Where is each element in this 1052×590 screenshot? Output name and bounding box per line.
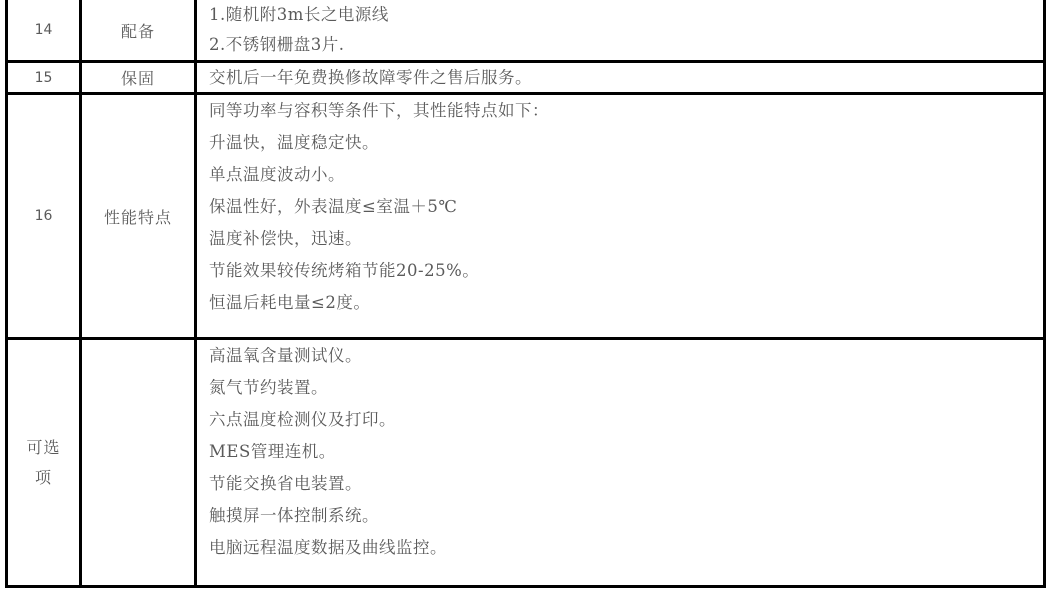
row-16-content: 同等功率与容积等条件下，其性能特点如下： 升温快，温度稳定快。 单点温度波动小。…: [197, 95, 1043, 337]
optional-line-1: 高温氧含量测试仪。: [209, 340, 1043, 372]
table-border-bottom: [5, 585, 1046, 588]
optional-line-4: MES管理连机。: [209, 436, 1043, 468]
row-14-item: 配备: [82, 0, 194, 60]
optional-label-line-1: 可选: [26, 433, 60, 463]
optional-row-label: 可选 项: [8, 340, 79, 585]
optional-row-item: [82, 340, 194, 585]
row-15-number: 15: [8, 63, 79, 92]
optional-line-7: 电脑远程温度数据及曲线监控。: [209, 532, 1043, 564]
row-16-line-2: 升温快，温度稳定快。: [209, 127, 1043, 159]
optional-line-6: 触摸屏一体控制系统。: [209, 500, 1043, 532]
row-16-line-1: 同等功率与容积等条件下，其性能特点如下：: [209, 95, 1043, 127]
row-16-number: 16: [8, 95, 79, 337]
optional-row-content: 高温氧含量测试仪。 氮气节约装置。 六点温度检测仪及打印。 MES管理连机。 节…: [197, 340, 1043, 585]
row-15-item: 保固: [82, 63, 194, 92]
row-15-content: 交机后一年免费换修故障零件之售后服务。: [197, 63, 1043, 92]
row-16-line-5: 温度补偿快，迅速。: [209, 223, 1043, 255]
row-15-line-1: 交机后一年免费换修故障零件之售后服务。: [209, 63, 1043, 92]
row-14-line-2: 2.不锈钢栅盘3片.: [209, 30, 1043, 60]
optional-line-3: 六点温度检测仪及打印。: [209, 404, 1043, 436]
row-16-line-4: 保温性好，外表温度≤室温＋5℃: [209, 191, 1043, 223]
row-16-line-3: 单点温度波动小。: [209, 159, 1043, 191]
row-14-line-1: 1.随机附3m长之电源线: [209, 0, 1043, 30]
row-14-content: 1.随机附3m长之电源线 2.不锈钢栅盘3片.: [197, 0, 1043, 60]
row-16-line-6: 节能效果较传统烤箱节能20-25%。: [209, 255, 1043, 287]
optional-line-2: 氮气节约装置。: [209, 372, 1043, 404]
row-16-item: 性能特点: [82, 95, 194, 337]
optional-line-5: 节能交换省电装置。: [209, 468, 1043, 500]
row-14-number: 14: [8, 0, 79, 60]
row-16-line-7: 恒温后耗电量≤2度。: [209, 287, 1043, 319]
table-border-right: [1043, 0, 1046, 588]
optional-label-line-2: 项: [35, 463, 52, 493]
